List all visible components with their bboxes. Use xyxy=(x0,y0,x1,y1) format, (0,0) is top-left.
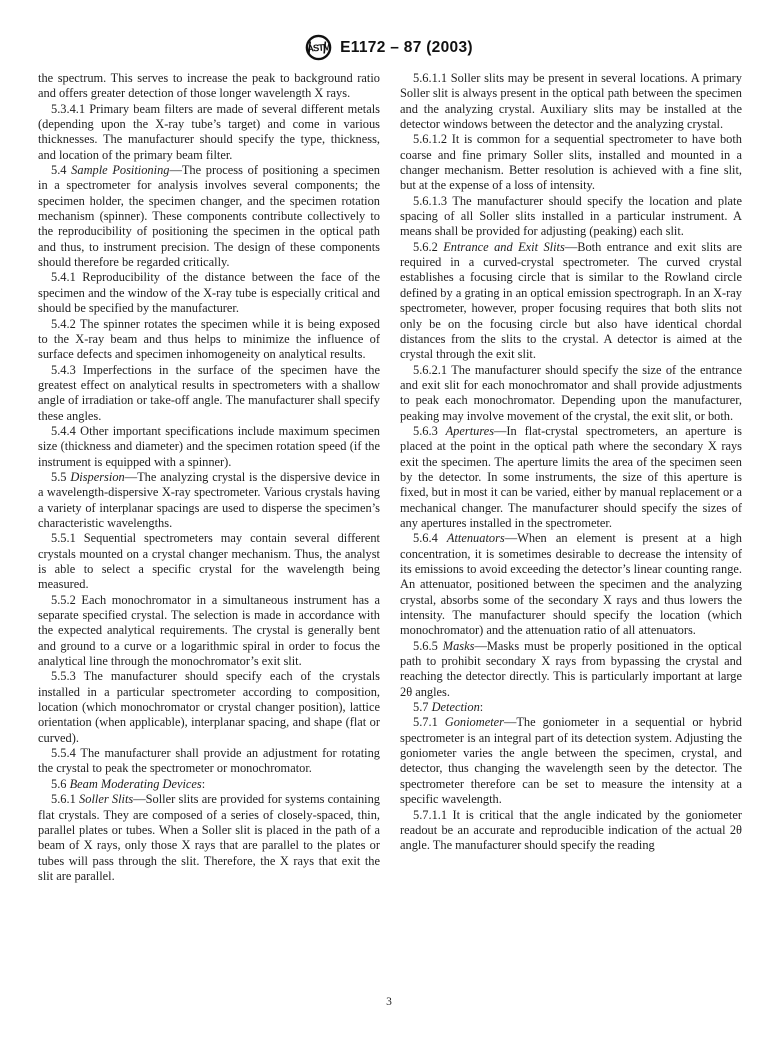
paragraph: 5.6.2.1 The manufacturer should specify … xyxy=(400,363,742,424)
document-page: ASTM E1172 – 87 (2003) the spectrum. Thi… xyxy=(0,0,778,1041)
body-text: : xyxy=(202,777,205,791)
body-text: 5.5.2 Each monochromator in a simultaneo… xyxy=(38,593,380,668)
body-text: —In flat-crystal spectrometers, an apert… xyxy=(400,424,742,530)
paragraph: 5.7.1.1 It is critical that the angle in… xyxy=(400,808,742,854)
page-footer: 3 xyxy=(0,996,778,1008)
page-header: ASTM E1172 – 87 (2003) xyxy=(0,34,778,61)
page-number: 3 xyxy=(386,996,392,1008)
document-code: E1172 – 87 (2003) xyxy=(340,39,473,57)
body-text: 5.6 xyxy=(51,777,70,791)
body-text: 5.6.5 xyxy=(413,639,443,653)
paragraph: 5.6.1.1 Soller slits may be present in s… xyxy=(400,71,742,132)
body-text: —The process of positioning a specimen i… xyxy=(38,163,380,269)
body-text: 5.6.1 xyxy=(51,792,79,806)
body-text: the spectrum. This serves to increase th… xyxy=(38,71,380,100)
right-column: 5.6.1.1 Soller slits may be present in s… xyxy=(400,71,742,884)
body-text: 5.6.2.1 The manufacturer should specify … xyxy=(400,363,742,423)
paragraph: 5.6.2 Entrance and Exit Slits—Both entra… xyxy=(400,240,742,363)
paragraph: 5.7 Detection: xyxy=(400,700,742,715)
body-text: —When an element is present at a high co… xyxy=(400,531,742,637)
svg-text:ASTM: ASTM xyxy=(307,42,332,55)
paragraph: 5.5.3 The manufacturer should specify ea… xyxy=(38,669,380,746)
document-body: the spectrum. This serves to increase th… xyxy=(38,71,742,884)
paragraph: 5.5 Dispersion—The analyzing crystal is … xyxy=(38,470,380,531)
section-title-text: Attenuators xyxy=(447,531,505,545)
section-title-text: Detection xyxy=(432,700,480,714)
body-text: 5.7.1 xyxy=(413,715,445,729)
paragraph: 5.6.1 Soller Slits—Soller slits are prov… xyxy=(38,792,380,884)
body-text: 5.6.1.3 The manufacturer should specify … xyxy=(400,194,742,239)
section-title-text: Goniometer xyxy=(445,715,504,729)
body-text: 5.6.1.2 It is common for a sequential sp… xyxy=(400,132,742,192)
body-text: 5.4.2 The spinner rotates the specimen w… xyxy=(38,317,380,362)
paragraph: 5.6 Beam Moderating Devices: xyxy=(38,777,380,792)
section-title-text: Sample Positioning xyxy=(71,163,169,177)
paragraph: 5.4 Sample Positioning—The process of po… xyxy=(38,163,380,270)
body-text: 5.5.3 The manufacturer should specify ea… xyxy=(38,669,380,744)
body-text: 5.4.3 Imperfections in the surface of th… xyxy=(38,363,380,423)
paragraph: 5.5.1 Sequential spectrometers may conta… xyxy=(38,531,380,592)
paragraph: 5.6.3 Apertures—In flat-crystal spectrom… xyxy=(400,424,742,531)
paragraph: 5.4.1 Reproducibility of the distance be… xyxy=(38,270,380,316)
body-text: 5.5 xyxy=(51,470,70,484)
paragraph: 5.6.1.2 It is common for a sequential sp… xyxy=(400,132,742,193)
section-title-text: Entrance and Exit Slits xyxy=(443,240,565,254)
paragraph: 5.6.5 Masks—Masks must be properly posit… xyxy=(400,639,742,700)
paragraph: 5.6.4 Attenuators—When an element is pre… xyxy=(400,531,742,638)
paragraph: 5.5.4 The manufacturer shall provide an … xyxy=(38,746,380,777)
body-text: 5.5.1 Sequential spectrometers may conta… xyxy=(38,531,380,591)
section-title-text: Soller Slits xyxy=(79,792,133,806)
paragraph: 5.4.4 Other important specifications inc… xyxy=(38,424,380,470)
astm-logo-icon: ASTM xyxy=(305,34,332,61)
section-title-text: Beam Moderating Devices xyxy=(70,777,202,791)
paragraph: 5.4.3 Imperfections in the surface of th… xyxy=(38,363,380,424)
paragraph: the spectrum. This serves to increase th… xyxy=(38,71,380,102)
left-column: the spectrum. This serves to increase th… xyxy=(38,71,380,884)
body-text: 5.6.2 xyxy=(413,240,443,254)
body-text: 5.6.1.1 Soller slits may be present in s… xyxy=(400,71,742,131)
section-title-text: Dispersion xyxy=(70,470,124,484)
section-title-text: Apertures xyxy=(446,424,494,438)
body-text: 5.4.1 Reproducibility of the distance be… xyxy=(38,270,380,315)
body-text: 5.5.4 The manufacturer shall provide an … xyxy=(38,746,380,775)
body-text: 5.7.1.1 It is critical that the angle in… xyxy=(400,808,742,853)
section-title-text: Masks xyxy=(443,639,475,653)
paragraph: 5.4.2 The spinner rotates the specimen w… xyxy=(38,317,380,363)
body-text: : xyxy=(480,700,483,714)
body-text: 5.4 xyxy=(51,163,71,177)
body-text: —Both entrance and exit slits are requir… xyxy=(400,240,742,361)
body-text: 5.4.4 Other important specifications inc… xyxy=(38,424,380,469)
body-text: 5.6.3 xyxy=(413,424,446,438)
body-text: 5.7 xyxy=(413,700,432,714)
body-text: 5.3.4.1 Primary beam filters are made of… xyxy=(38,102,380,162)
paragraph: 5.6.1.3 The manufacturer should specify … xyxy=(400,194,742,240)
body-text: 5.6.4 xyxy=(413,531,447,545)
paragraph: 5.3.4.1 Primary beam filters are made of… xyxy=(38,102,380,163)
paragraph: 5.5.2 Each monochromator in a simultaneo… xyxy=(38,593,380,670)
paragraph: 5.7.1 Goniometer—The goniometer in a seq… xyxy=(400,715,742,807)
